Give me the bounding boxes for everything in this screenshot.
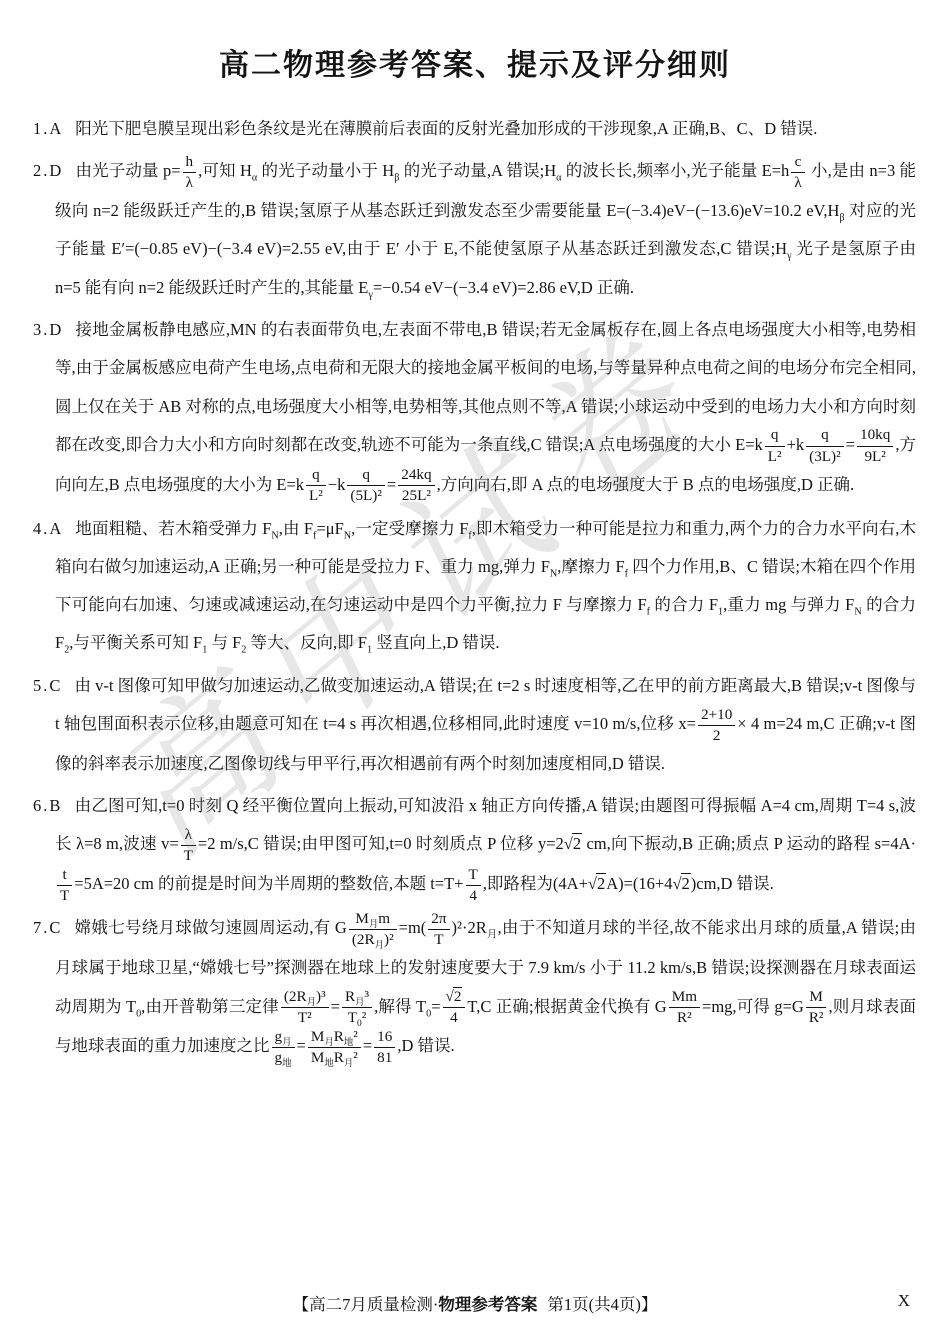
fraction: cλ <box>791 153 804 192</box>
fraction: MmR² <box>669 988 700 1027</box>
answer-item: 3.D接地金属板静电感应,MN 的右表面带负电,左表面不带电,B 错误;若无金属… <box>33 311 916 506</box>
fraction: 10kq9L² <box>857 426 893 465</box>
square-root: √2 <box>564 834 582 853</box>
footer-text: 【高二7月质量检测·物理参考答案第1页(共4页)】 <box>0 1291 950 1315</box>
item-label: 5.C <box>33 676 62 695</box>
footer-subject: 物理参考答案 <box>438 1296 537 1314</box>
fraction: T4 <box>466 866 481 905</box>
fraction: √24 <box>443 988 466 1027</box>
fraction: 1681 <box>374 1028 395 1067</box>
item-label: 1.A <box>33 119 63 138</box>
fraction: (2R月)³T² <box>281 988 329 1027</box>
fraction: q(5L)² <box>347 466 385 505</box>
fraction: M月R地²M地R月² <box>308 1028 361 1067</box>
square-root: √2 <box>672 874 690 893</box>
answer-item: 6.B由乙图可知,t=0 时刻 Q 经平衡位置向上振动,可知波沿 x 轴正方向传… <box>33 787 916 905</box>
answer-item: 5.C由 v-t 图像可知甲做匀加速运动,乙做变加速运动,A 错误;在 t=2 … <box>33 667 916 783</box>
footer-page-info: 第1页(共4页)】 <box>547 1295 657 1314</box>
fraction: M月m(2R月)² <box>349 910 397 949</box>
fraction: 24kq25L² <box>398 466 434 505</box>
fraction: λT <box>181 826 196 865</box>
square-root: √2 <box>588 874 606 893</box>
fraction: tT <box>57 866 72 905</box>
fraction: MR² <box>806 988 827 1027</box>
fraction: q(3L)² <box>806 426 844 465</box>
answer-item: 2.D由光子动量 p=hλ,可知 Hα 的光子动量小于 Hβ 的光子动量,A 错… <box>33 152 916 307</box>
answer-items: 1.A阳光下肥皂膜呈现出彩色条纹是光在薄膜前后表面的反射光叠加形成的干涉现象,A… <box>0 110 950 1067</box>
item-label: 3.D <box>33 320 63 339</box>
item-label: 6.B <box>33 796 62 815</box>
square-root: √2 <box>446 988 463 1005</box>
answer-item: 7.C嫦娥七号绕月球做匀速圆周运动,有 GM月m(2R月)²=m(2πT)²·2… <box>33 909 916 1067</box>
page-title: 高二物理参考答案、提示及评分细则 <box>0 40 950 84</box>
item-label: 4.A <box>33 519 63 538</box>
fraction: hλ <box>183 153 197 192</box>
answer-item: 1.A阳光下肥皂膜呈现出彩色条纹是光在薄膜前后表面的反射光叠加形成的干涉现象,A… <box>33 110 916 148</box>
page-footer: 【高二7月质量检测·物理参考答案第1页(共4页)】 X <box>0 1291 950 1315</box>
fraction: g月g地 <box>272 1028 295 1067</box>
answer-sheet-page: 高中试卷 高二物理参考答案、提示及评分细则 1.A阳光下肥皂膜呈现出彩色条纹是光… <box>0 0 950 1333</box>
fraction: qL² <box>765 426 785 465</box>
fraction: 2+102 <box>698 706 735 745</box>
footer-version-mark: X <box>898 1291 910 1311</box>
answer-item: 4.A地面粗糙、若木箱受弹力 FN,由 Ff=μFN,一定受摩擦力 Ff,即木箱… <box>33 510 916 663</box>
footer-prefix: 【高二7月质量检测· <box>293 1295 439 1314</box>
fraction: R月³T0² <box>342 988 372 1027</box>
fraction: 2πT <box>428 910 449 949</box>
item-label: 7.C <box>33 918 62 937</box>
fraction: qL² <box>306 466 326 505</box>
item-label: 2.D <box>33 161 63 180</box>
